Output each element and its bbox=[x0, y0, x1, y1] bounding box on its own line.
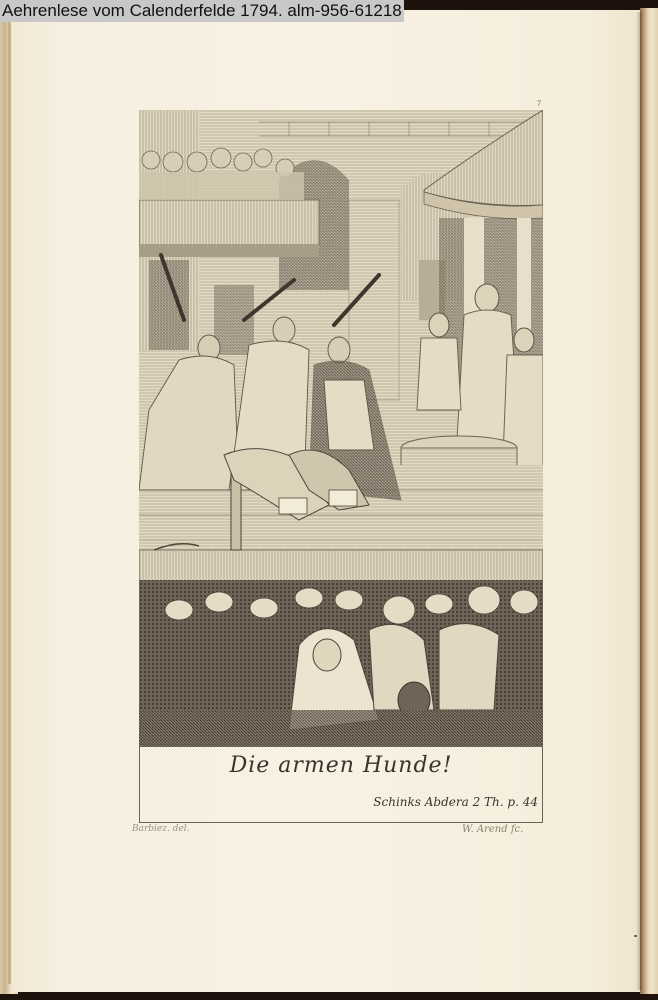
plate-number: 7 bbox=[537, 99, 541, 108]
window-title: Aehrenlese vom Calenderfelde 1794. alm-9… bbox=[0, 0, 404, 22]
engraving-illustration bbox=[139, 110, 543, 747]
binding-crease bbox=[8, 14, 11, 984]
caption-frame: Die armen Hunde! Schinks Abdera 2 Th. p.… bbox=[139, 747, 543, 823]
right-page-stack bbox=[640, 8, 658, 994]
page-fold-shadow bbox=[636, 12, 642, 990]
draughtsman-credit: Barbiez. del. bbox=[132, 824, 190, 834]
engraver-credit: W. Arend fc. bbox=[462, 824, 523, 835]
caption-source-reference: Schinks Abdera 2 Th. p. 44 bbox=[373, 795, 538, 809]
caption-title: Die armen Hunde! bbox=[140, 753, 542, 778]
paper-speck bbox=[634, 935, 637, 937]
